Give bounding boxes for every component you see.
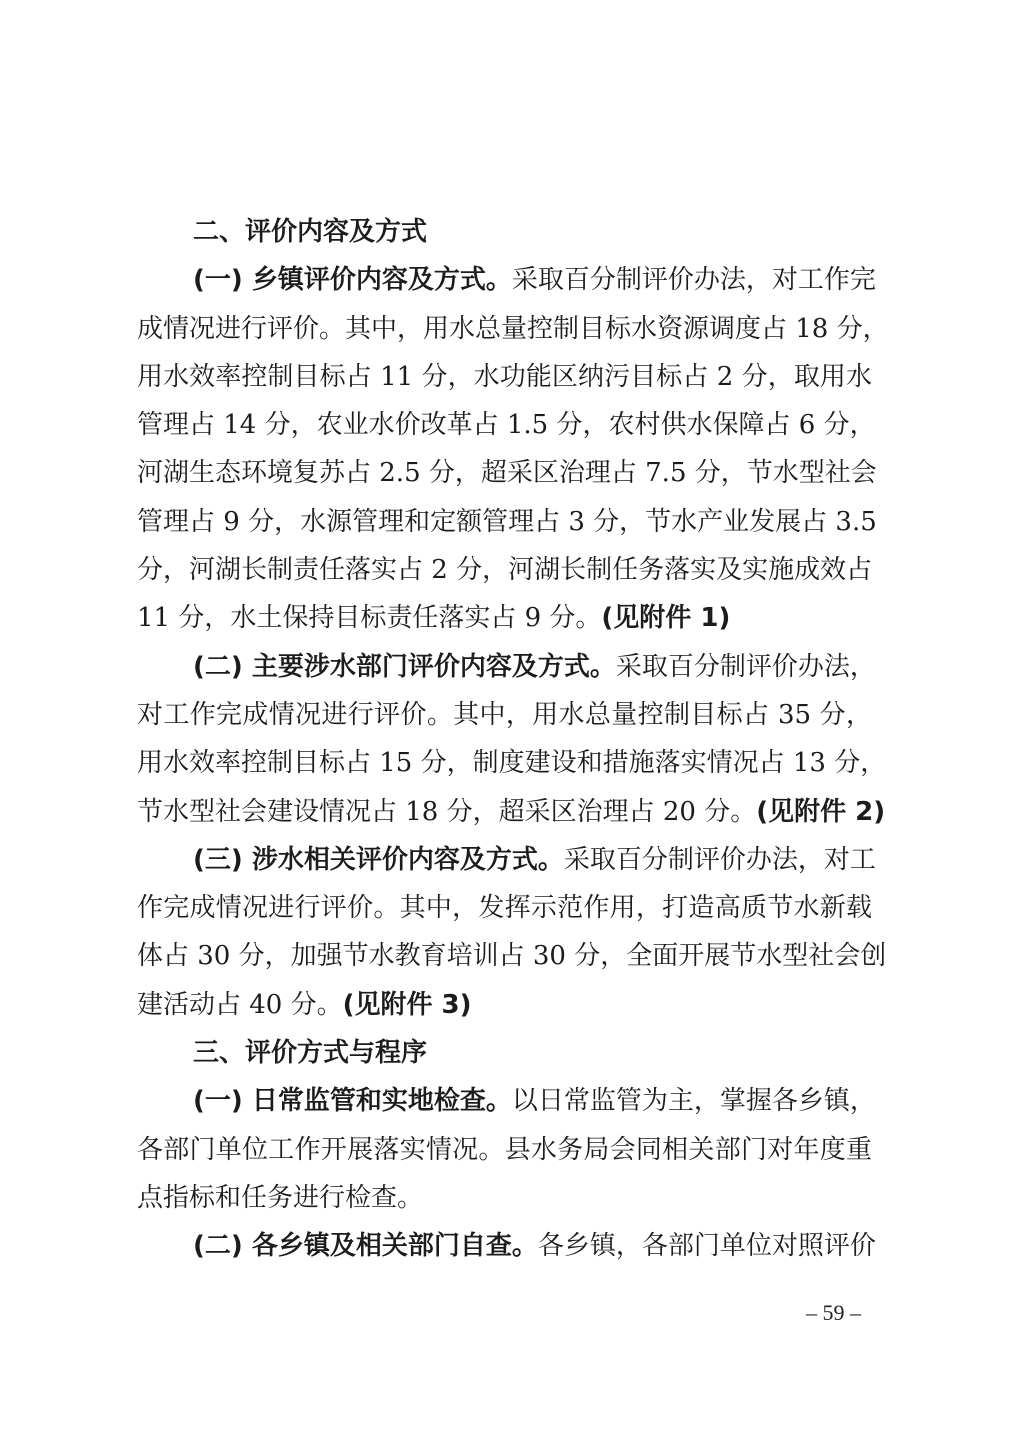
paragraph-line: 管理占 14 分，农业水价改革占 1.5 分，农村供水保障占 6 分， [137, 401, 872, 449]
paragraph-line: (三) 涉水相关评价内容及方式。采取百分制评价办法，对工 [137, 836, 872, 884]
paragraph-lead: (一) 日常监管和实地检查。 [193, 1086, 512, 1116]
paragraph-lead: (二) 主要涉水部门评价内容及方式。 [193, 652, 616, 682]
section-heading-2: 二、评价内容及方式 [137, 208, 872, 256]
section-heading-3: 三、评价方式与程序 [137, 1029, 872, 1077]
paragraph-text: 节水型社会建设情况占 18 分，超采区治理占 20 分。 [137, 797, 756, 827]
attachment-reference: (见附件 3) [343, 990, 472, 1020]
paragraph-text: 采取百分制评价办法， [616, 652, 876, 682]
paragraph-lead: (一) 乡镇评价内容及方式。 [193, 265, 512, 295]
paragraph-line: (一) 日常监管和实地检查。以日常监管为主，掌握各乡镇， [137, 1077, 872, 1125]
paragraph-line: 河湖生态环境复苏占 2.5 分，超采区治理占 7.5 分，节水型社会 [137, 449, 872, 497]
paragraph-line: (一) 乡镇评价内容及方式。采取百分制评价办法，对工作完 [137, 256, 872, 304]
attachment-reference: (见附件 2) [756, 797, 885, 827]
document-page: 二、评价内容及方式 (一) 乡镇评价内容及方式。采取百分制评价办法，对工作完 成… [137, 208, 872, 1271]
paragraph-text: 建活动占 40 分。 [137, 990, 343, 1020]
paragraph-line: 作完成情况进行评价。其中，发挥示范作用，打造高质节水新载 [137, 884, 872, 932]
paragraph-lead: (三) 涉水相关评价内容及方式。 [193, 845, 564, 875]
paragraph-line: 对工作完成情况进行评价。其中，用水总量控制目标占 35 分， [137, 691, 872, 739]
paragraph-lead: (二) 各乡镇及相关部门自查。 [193, 1231, 538, 1261]
paragraph-text: 以日常监管为主，掌握各乡镇， [512, 1086, 876, 1116]
paragraph-text: 各乡镇，各部门单位对照评价 [538, 1231, 876, 1261]
paragraph-line: 成情况进行评价。其中，用水总量控制目标水资源调度占 18 分， [137, 305, 872, 353]
paragraph-line: 用水效率控制目标占 11 分，水功能区纳污目标占 2 分，取用水 [137, 353, 872, 401]
attachment-reference: (见附件 1) [601, 603, 730, 633]
paragraph-text: 采取百分制评价办法，对工 [564, 845, 876, 875]
paragraph-line: 11 分，水土保持目标责任落实占 9 分。(见附件 1) [137, 594, 872, 642]
paragraph-line: 建活动占 40 分。(见附件 3) [137, 981, 872, 1029]
paragraph-line: 用水效率控制目标占 15 分，制度建设和措施落实情况占 13 分， [137, 739, 872, 787]
paragraph-line: 点指标和任务进行检查。 [137, 1174, 872, 1222]
paragraph-line: (二) 主要涉水部门评价内容及方式。采取百分制评价办法， [137, 643, 872, 691]
page-number: – 59 – [806, 1300, 861, 1326]
paragraph-text: 11 分，水土保持目标责任落实占 9 分。 [137, 603, 601, 633]
paragraph-line: (二) 各乡镇及相关部门自查。各乡镇，各部门单位对照评价 [137, 1222, 872, 1270]
paragraph-line: 分，河湖长制责任落实占 2 分，河湖长制任务落实及实施成效占 [137, 546, 872, 594]
paragraph-line: 管理占 9 分，水源管理和定额管理占 3 分，节水产业发展占 3.5 [137, 498, 872, 546]
paragraph-line: 各部门单位工作开展落实情况。县水务局会同相关部门对年度重 [137, 1126, 872, 1174]
paragraph-line: 节水型社会建设情况占 18 分，超采区治理占 20 分。(见附件 2) [137, 788, 872, 836]
paragraph-text: 采取百分制评价办法，对工作完 [512, 265, 876, 295]
paragraph-line: 体占 30 分，加强节水教育培训占 30 分，全面开展节水型社会创 [137, 932, 872, 980]
